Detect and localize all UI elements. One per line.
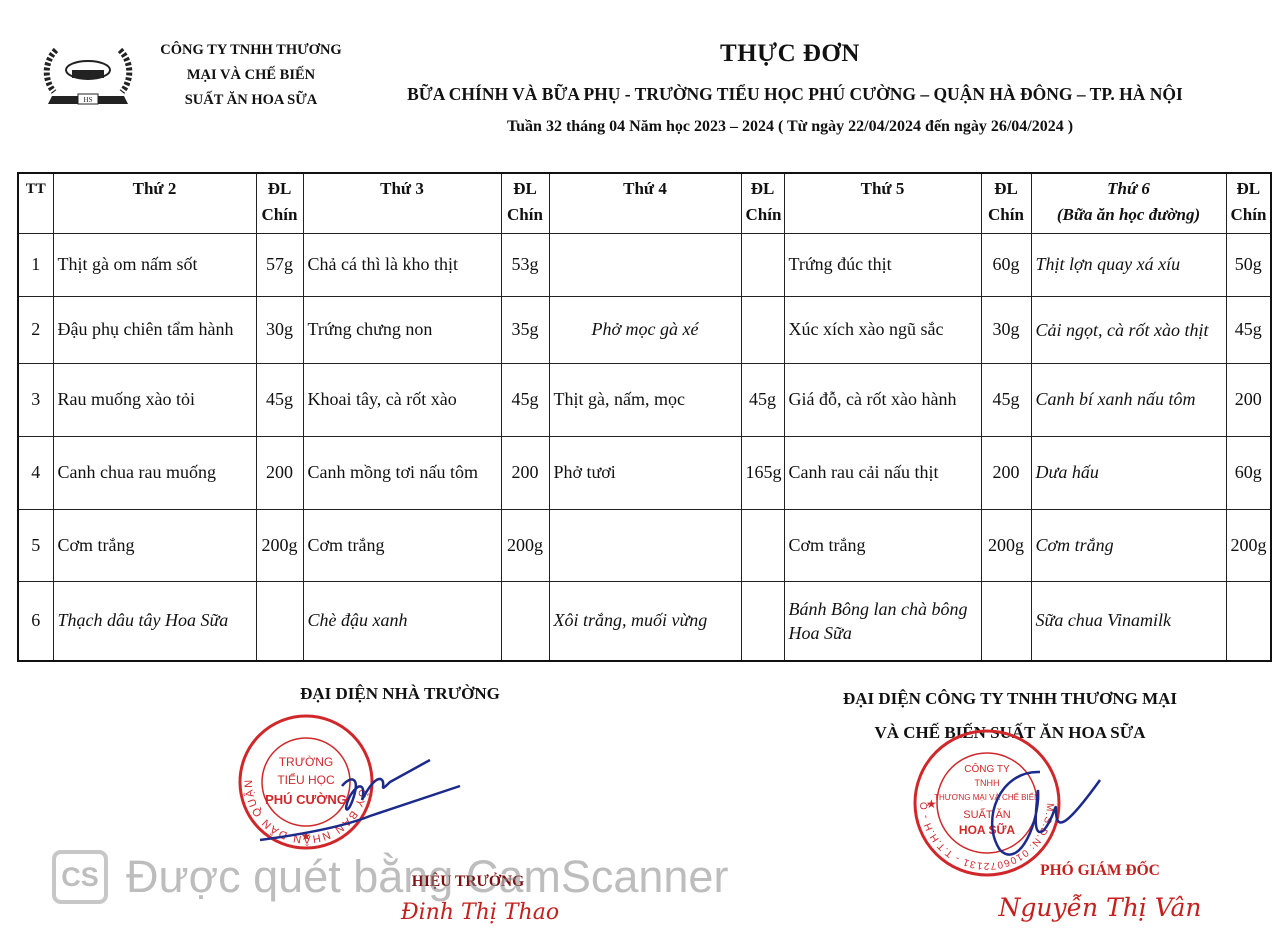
quantity-cell: 60g — [1226, 436, 1271, 509]
quantity-cell: 200g — [501, 509, 549, 581]
quantity-cell: 30g — [256, 296, 303, 363]
dish-cell: Rau muống xào tỏi — [53, 363, 256, 436]
header-day: Thứ 6(Bữa ăn học đường) — [1031, 173, 1226, 233]
camscanner-logo-icon: CS — [52, 850, 108, 904]
dish-cell: Cải ngọt, cà rốt xào thịt — [1031, 296, 1226, 363]
quantity-cell: 35g — [501, 296, 549, 363]
quantity-cell — [741, 509, 784, 581]
header-day: Thứ 2 — [53, 173, 256, 233]
table-row: 1Thịt gà om nấm sốt57gChả cá thì là kho … — [18, 233, 1271, 296]
company-line: MẠI VÀ CHẾ BIẾN — [140, 63, 362, 88]
dish-cell: Xúc xích xào ngũ sắc — [784, 296, 981, 363]
table-header-row: TT Thứ 2 ĐLChín Thứ 3 ĐLChín Thứ 4 ĐLChí… — [18, 173, 1271, 233]
quantity-cell — [741, 233, 784, 296]
dish-cell: Giá đỗ, cà rốt xào hành — [784, 363, 981, 436]
dish-cell: Canh bí xanh nấu tôm — [1031, 363, 1226, 436]
quantity-cell: 45g — [256, 363, 303, 436]
svg-text:HS: HS — [84, 96, 93, 104]
quantity-cell: 200 — [981, 436, 1031, 509]
dish-cell: Trứng chưng non — [303, 296, 501, 363]
dish-cell: Trứng đúc thịt — [784, 233, 981, 296]
dish-cell: Chả cá thì là kho thịt — [303, 233, 501, 296]
quantity-cell: 45g — [1226, 296, 1271, 363]
table-row: 3Rau muống xào tỏi45gKhoai tây, cà rốt x… — [18, 363, 1271, 436]
dish-cell: Xôi trắng, muối vừng — [549, 581, 741, 661]
header-qty: ĐLChín — [501, 173, 549, 233]
header-qty: ĐLChín — [256, 173, 303, 233]
quantity-cell: 165g — [741, 436, 784, 509]
dish-cell: Cơm trắng — [53, 509, 256, 581]
quantity-cell — [741, 581, 784, 661]
deputy-director-role: PHÓ GIÁM ĐỐC — [1030, 862, 1170, 880]
dish-cell: Cơm trắng — [303, 509, 501, 581]
quantity-cell: 50g — [1226, 233, 1271, 296]
quantity-cell: 200 — [1226, 363, 1271, 436]
row-number: 5 — [18, 509, 53, 581]
dish-cell — [549, 509, 741, 581]
quantity-cell: 30g — [981, 296, 1031, 363]
header-tt: TT — [18, 173, 53, 233]
quantity-cell: 200g — [1226, 509, 1271, 581]
menu-table: TT Thứ 2 ĐLChín Thứ 3 ĐLChín Thứ 4 ĐLChí… — [17, 172, 1272, 662]
dish-cell: Khoai tây, cà rốt xào — [303, 363, 501, 436]
header-qty: ĐLChín — [981, 173, 1031, 233]
dish-cell — [549, 233, 741, 296]
dish-cell: Đậu phụ chiên tẩm hành — [53, 296, 256, 363]
row-number: 4 — [18, 436, 53, 509]
row-number: 2 — [18, 296, 53, 363]
row-number: 3 — [18, 363, 53, 436]
row-number: 6 — [18, 581, 53, 661]
quantity-cell — [501, 581, 549, 661]
quantity-cell: 200 — [501, 436, 549, 509]
dish-cell: Sữa chua Vinamilk — [1031, 581, 1226, 661]
quantity-cell: 45g — [981, 363, 1031, 436]
table-row: 6Thạch dâu tây Hoa SữaChè đậu xanhXôi tr… — [18, 581, 1271, 661]
svg-text:★: ★ — [926, 797, 937, 811]
company-line: CÔNG TY TNHH THƯƠNG — [140, 38, 362, 63]
row-number: 1 — [18, 233, 53, 296]
dish-cell: Canh chua rau muống — [53, 436, 256, 509]
quantity-cell: 45g — [501, 363, 549, 436]
dish-cell: Bánh Bông lan chà bông Hoa Sữa — [784, 581, 981, 661]
header-day: Thứ 5 — [784, 173, 981, 233]
quantity-cell: 60g — [981, 233, 1031, 296]
dish-cell: Chè đậu xanh — [303, 581, 501, 661]
company-logo-icon: HS — [42, 40, 134, 112]
dish-cell: Dưa hấu — [1031, 436, 1226, 509]
quantity-cell: 200g — [256, 509, 303, 581]
dish-cell: Thạch dâu tây Hoa Sữa — [53, 581, 256, 661]
quantity-cell: 200 — [256, 436, 303, 509]
week-range: Tuần 32 tháng 04 Năm học 2023 – 2024 ( T… — [360, 118, 1220, 136]
dish-cell: Thịt lợn quay xá xíu — [1031, 233, 1226, 296]
dish-cell: Thịt gà om nấm sốt — [53, 233, 256, 296]
quantity-cell — [981, 581, 1031, 661]
quantity-cell — [741, 296, 784, 363]
page-subtitle: BỮA CHÍNH VÀ BỮA PHỤ - TRƯỜNG TIỂU HỌC P… — [360, 84, 1230, 105]
company-signature-icon — [960, 760, 1120, 870]
dish-cell: Cơm trắng — [784, 509, 981, 581]
dish-cell: Cơm trắng — [1031, 509, 1226, 581]
watermark-text: Được quét bằng CamScanner — [126, 851, 728, 903]
school-representative-heading: ĐẠI DIỆN NHÀ TRƯỜNG — [230, 684, 570, 704]
deputy-director-name: Nguyễn Thị Vân — [980, 893, 1220, 922]
quantity-cell: 200g — [981, 509, 1031, 581]
page-title: THỰC ĐƠN — [400, 40, 1180, 68]
table-row: 2Đậu phụ chiên tẩm hành30gTrứng chưng no… — [18, 296, 1271, 363]
dish-cell: Canh rau cải nấu thịt — [784, 436, 981, 509]
header-qty: ĐLChín — [1226, 173, 1271, 233]
header-qty: ĐLChín — [741, 173, 784, 233]
dish-cell: Canh mồng tơi nấu tôm — [303, 436, 501, 509]
table-row: 5Cơm trắng200gCơm trắng200gCơm trắng200g… — [18, 509, 1271, 581]
dish-cell: Phở tươi — [549, 436, 741, 509]
table-row: 4Canh chua rau muống200Canh mồng tơi nấu… — [18, 436, 1271, 509]
dish-cell: Phở mọc gà xé — [549, 296, 741, 363]
company-name: CÔNG TY TNHH THƯƠNG MẠI VÀ CHẾ BIẾN SUẤT… — [140, 38, 362, 113]
header-day: Thứ 3 — [303, 173, 501, 233]
school-signature-icon — [250, 736, 500, 856]
quantity-cell — [1226, 581, 1271, 661]
dish-cell: Thịt gà, nấm, mọc — [549, 363, 741, 436]
quantity-cell — [256, 581, 303, 661]
camscanner-watermark: CS Được quét bằng CamScanner — [52, 848, 732, 906]
company-line: SUẤT ĂN HOA SỮA — [140, 88, 362, 113]
quantity-cell: 53g — [501, 233, 549, 296]
quantity-cell: 45g — [741, 363, 784, 436]
quantity-cell: 57g — [256, 233, 303, 296]
header-day: Thứ 4 — [549, 173, 741, 233]
